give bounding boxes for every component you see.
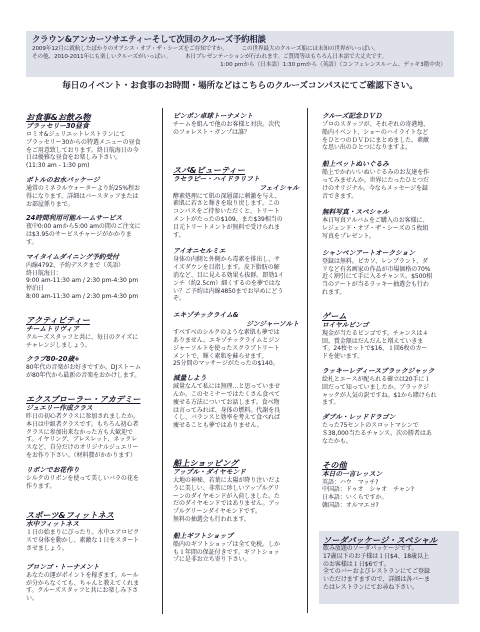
column-1: お食事&お飲み物 ブラッセリー30昼食 ロミオ&ジュリエットレストランにて ブラ… — [26, 112, 160, 603]
item-title-water: ボトルのお水パッケージ — [26, 176, 160, 185]
item-body-brasserie: ロミオ&ジュリエットレストランにて ブラッセリー30からの特選メニューの昼食 を… — [26, 131, 160, 170]
banner-line-2a: その他、2010-2011年にも楽しいクルーズがいっぱい。 — [32, 54, 171, 60]
item-body-art-auction: 登録は無料。ピカソ、レンブラント、ダ リなど有名画家の作品が市場価格の70% 近… — [322, 258, 457, 297]
item-title-blackjack: ラッキーレディースブラックジャック — [322, 367, 457, 376]
banner-line-1a: 2009年12月に就航したばかりのオアシス・オブ・ザ・シーズをご存知ですか。 — [32, 46, 228, 52]
item-title-gift-shop: 船上ギフトショップ — [173, 532, 305, 541]
column-divider-1 — [162, 108, 163, 614]
item-body-lesson: 英語：ハウ マッチ? 中国語：ドゥオ シャオ チャン? 日本語：いくらですか。 … — [322, 479, 457, 510]
item-body-red-dragon: たった75セントのスロットマシンで ＄38,000当たるチャンス。次の勝者はあ … — [322, 422, 457, 445]
item-body-apple-diamond: 大地の神秘、若葉に太陽が降り注いだよ うに美しい、非常に珍しいアップルグリ ーン… — [173, 477, 305, 524]
item-body-pingpong: チームを組んで他のお客様と対決。次代 のフォレスト・ガンプは誰？ — [173, 121, 305, 137]
item-title-art-auction: シャンペンアートオークション — [322, 249, 457, 258]
section-heading-explorer: エクスプローラー・アカデミー — [26, 394, 160, 404]
item-title-exotic-2: ジンジャーソルト — [173, 320, 305, 329]
item-title-trivia: チームトリヴィア — [26, 325, 160, 334]
banner-time: 1:00 pmから（日本語）1:30 pmから（英語）（コンフェレンスルーム、デ… — [32, 61, 448, 69]
item-body-ionithermie: 身体の内側と外側から毒素を排出し、サ イズダウンを目指します。皮下脂肪の解 消な… — [173, 256, 305, 303]
section-heading-other: その他 — [322, 460, 457, 470]
item-title-club80: クラブ80-20歳+ — [26, 355, 160, 364]
item-body-ribbon: シルクのリボンを使って美しいバラの花を 作ります。 — [26, 475, 160, 491]
item-title-bingo: ロイヤルビンゴ — [322, 321, 457, 330]
item-title-pingpong: ピンポン卓球トーナメント — [173, 112, 305, 121]
item-body-exotic: すべすべのシルクのような素肌も夢では ありません。エキゾチックライムとジン ジャ… — [173, 329, 305, 368]
item-body-water: 通常のミネラルウォーターより約25%程お 得になります。詳細はバースタッフまたは… — [26, 185, 160, 208]
item-title-jewelry: ジュエリー作成クラス — [26, 404, 160, 413]
item-title-diet: 減量しよう — [173, 374, 305, 383]
item-title-plush: 船上ペットぬいぐるみ — [322, 160, 457, 169]
section-heading-sports: スポーツ&フィットネス — [26, 510, 160, 520]
item-body-club80: 80年代の音楽がお好きですか。DJストーム が80年代から最新の音楽をおかけしま… — [26, 364, 160, 380]
item-title-exotic-1: エキゾチックライム& — [173, 311, 305, 320]
item-title-ribbon: リボンでお花作り — [26, 466, 160, 475]
banner-line-2: その他、2010-2011年にも楽しいクルーズがいっぱい。本日プレゼンテーション… — [32, 53, 448, 61]
item-title-facial-1: ラセラピー・ハイドラリフト — [173, 175, 305, 184]
column-divider-2 — [307, 108, 308, 613]
item-body-dvd: プロのスタッフが、それぞれの寄港地、 船内イベント、ショーのハイライトなど をひ… — [322, 121, 457, 152]
item-body-gift-shop: 船内のギフトショップは全て免税。しか も１年間の保証付きです。ギフトショッ プに… — [173, 541, 305, 564]
item-body-jewelry: 昨日の初心者クラスに参加されましたか。 本日は中級者クラスです。もちろん初心者 … — [26, 413, 160, 460]
item-body-bingo: 現金が当たるビンゴです。チャンスは４ 回。賞金額はだんだんと増えていきま す。2… — [322, 330, 457, 361]
banner-title: クラウン&アンカーソサエティーそして次回のクルーズ予約相談 — [32, 34, 448, 45]
item-title-lesson: 本日の一言レッスン — [322, 470, 457, 479]
banner-line-1b: この世界最大のクルーズ船には未知の世界がいっぱい。 — [242, 46, 379, 52]
item-body-bronco: あなたの運がポイントを稼ぎます。ルール が分からなくても、ちゃんと教えてくれま … — [26, 572, 160, 603]
page-subtitle: 毎日のイベント・お食事のお時間・場所などはこちらのクルーズコンパスにてご確認下さ… — [0, 79, 480, 91]
section-heading-soda: ソーダパッケージ・スペシャル — [323, 535, 455, 545]
announcement-banner: クラウン&アンカーソサエティーそして次回のクルーズ予約相談 2009年12月に就… — [26, 31, 454, 77]
banner-line-2b: 本日プレゼンテーションが行われます。ご質問等はもちろん日本語で大丈夫です。 — [185, 54, 387, 60]
item-body-plush: 船上でかわいいぬいぐるみのお友達を作 ってみませんか。世界にたったひとつだ けの… — [322, 169, 457, 200]
section-heading-games: ゲーム — [322, 311, 457, 321]
item-body-soda: 飲み放題のソーダパッケージです。 17歳以下のお子様は１日$4、18歳以上 のお… — [323, 545, 455, 592]
item-title-my-time-dining: マイタイムダイニング予約受付 — [26, 253, 160, 262]
item-title-facial-2: フェイシャル — [173, 184, 305, 193]
item-title-apple-diamond: アップル・ダイヤモンド — [173, 468, 305, 477]
section-heading-activities: アクティビティー — [26, 315, 160, 325]
soda-package-box: ソーダパッケージ・スペシャル 飲み放題のソーダパッケージです。 17歳以下のお子… — [319, 531, 459, 604]
item-body-trivia: クルーズスタッフと共に、毎日のクイズに チャレンジしましょう。 — [26, 334, 160, 350]
section-heading-shopping: 船上ショッピング — [173, 458, 305, 468]
item-title-brasserie: ブラッセリー30昼食 — [26, 122, 160, 131]
item-body-blackjack: 絵札とエースが配られる確立は20手に１ 回だって知っていましたか。ブラックジ ャ… — [322, 376, 457, 407]
item-body-facial: 酵素処理にて肌の深層部に刺激を与え、 素肌に若さと輝きを取り戻します。この コン… — [173, 193, 305, 240]
item-title-red-dragon: ダブル・レッドドラゴン — [322, 413, 457, 422]
item-body-diet: 減量なんて私には無理…と思っていませ んか。このセミナーではたくさん食べて 痩せ… — [173, 383, 305, 430]
section-heading-dining: お食事&お飲み物 — [26, 112, 160, 122]
item-title-aqua: 水中フィットネス — [26, 520, 160, 529]
item-title-bronco: ブロンゴ・トーナメント — [26, 563, 160, 572]
item-body-my-time-dining: 内線4792、予約デスクまで（英語） 終日航海日： 9:00 am-11:30 … — [26, 262, 160, 301]
section-heading-spa: スパ&ビューティー — [173, 165, 305, 175]
column-2: ピンポン卓球トーナメント チームを組んで他のお客様と対決。次代 のフォレスト・ガ… — [173, 112, 305, 564]
banner-line-1: 2009年12月に就航したばかりのオアシス・オブ・ザ・シーズをご存知ですか。この… — [32, 45, 448, 53]
column-3: クルーズ記念ＤＶＤ プロのスタッフが、それぞれの寄港地、 船内イベント、ショーの… — [322, 112, 457, 510]
item-title-dvd: クルーズ記念ＤＶＤ — [322, 112, 457, 121]
item-body-aqua: １日の始まりにぴったり。水中エアロビク スで身体を動かし、素敵な１日をスタート … — [26, 529, 160, 552]
item-body-room-service: 夜中0:00 amから5:00 amの間のご注文に は$3.95のサービスチャー… — [26, 223, 160, 246]
item-body-photo: 本日写真アルバムをご購入のお客様に、 レジェンド・オブ・ザ・シーズの５枚組 写真… — [322, 217, 457, 240]
